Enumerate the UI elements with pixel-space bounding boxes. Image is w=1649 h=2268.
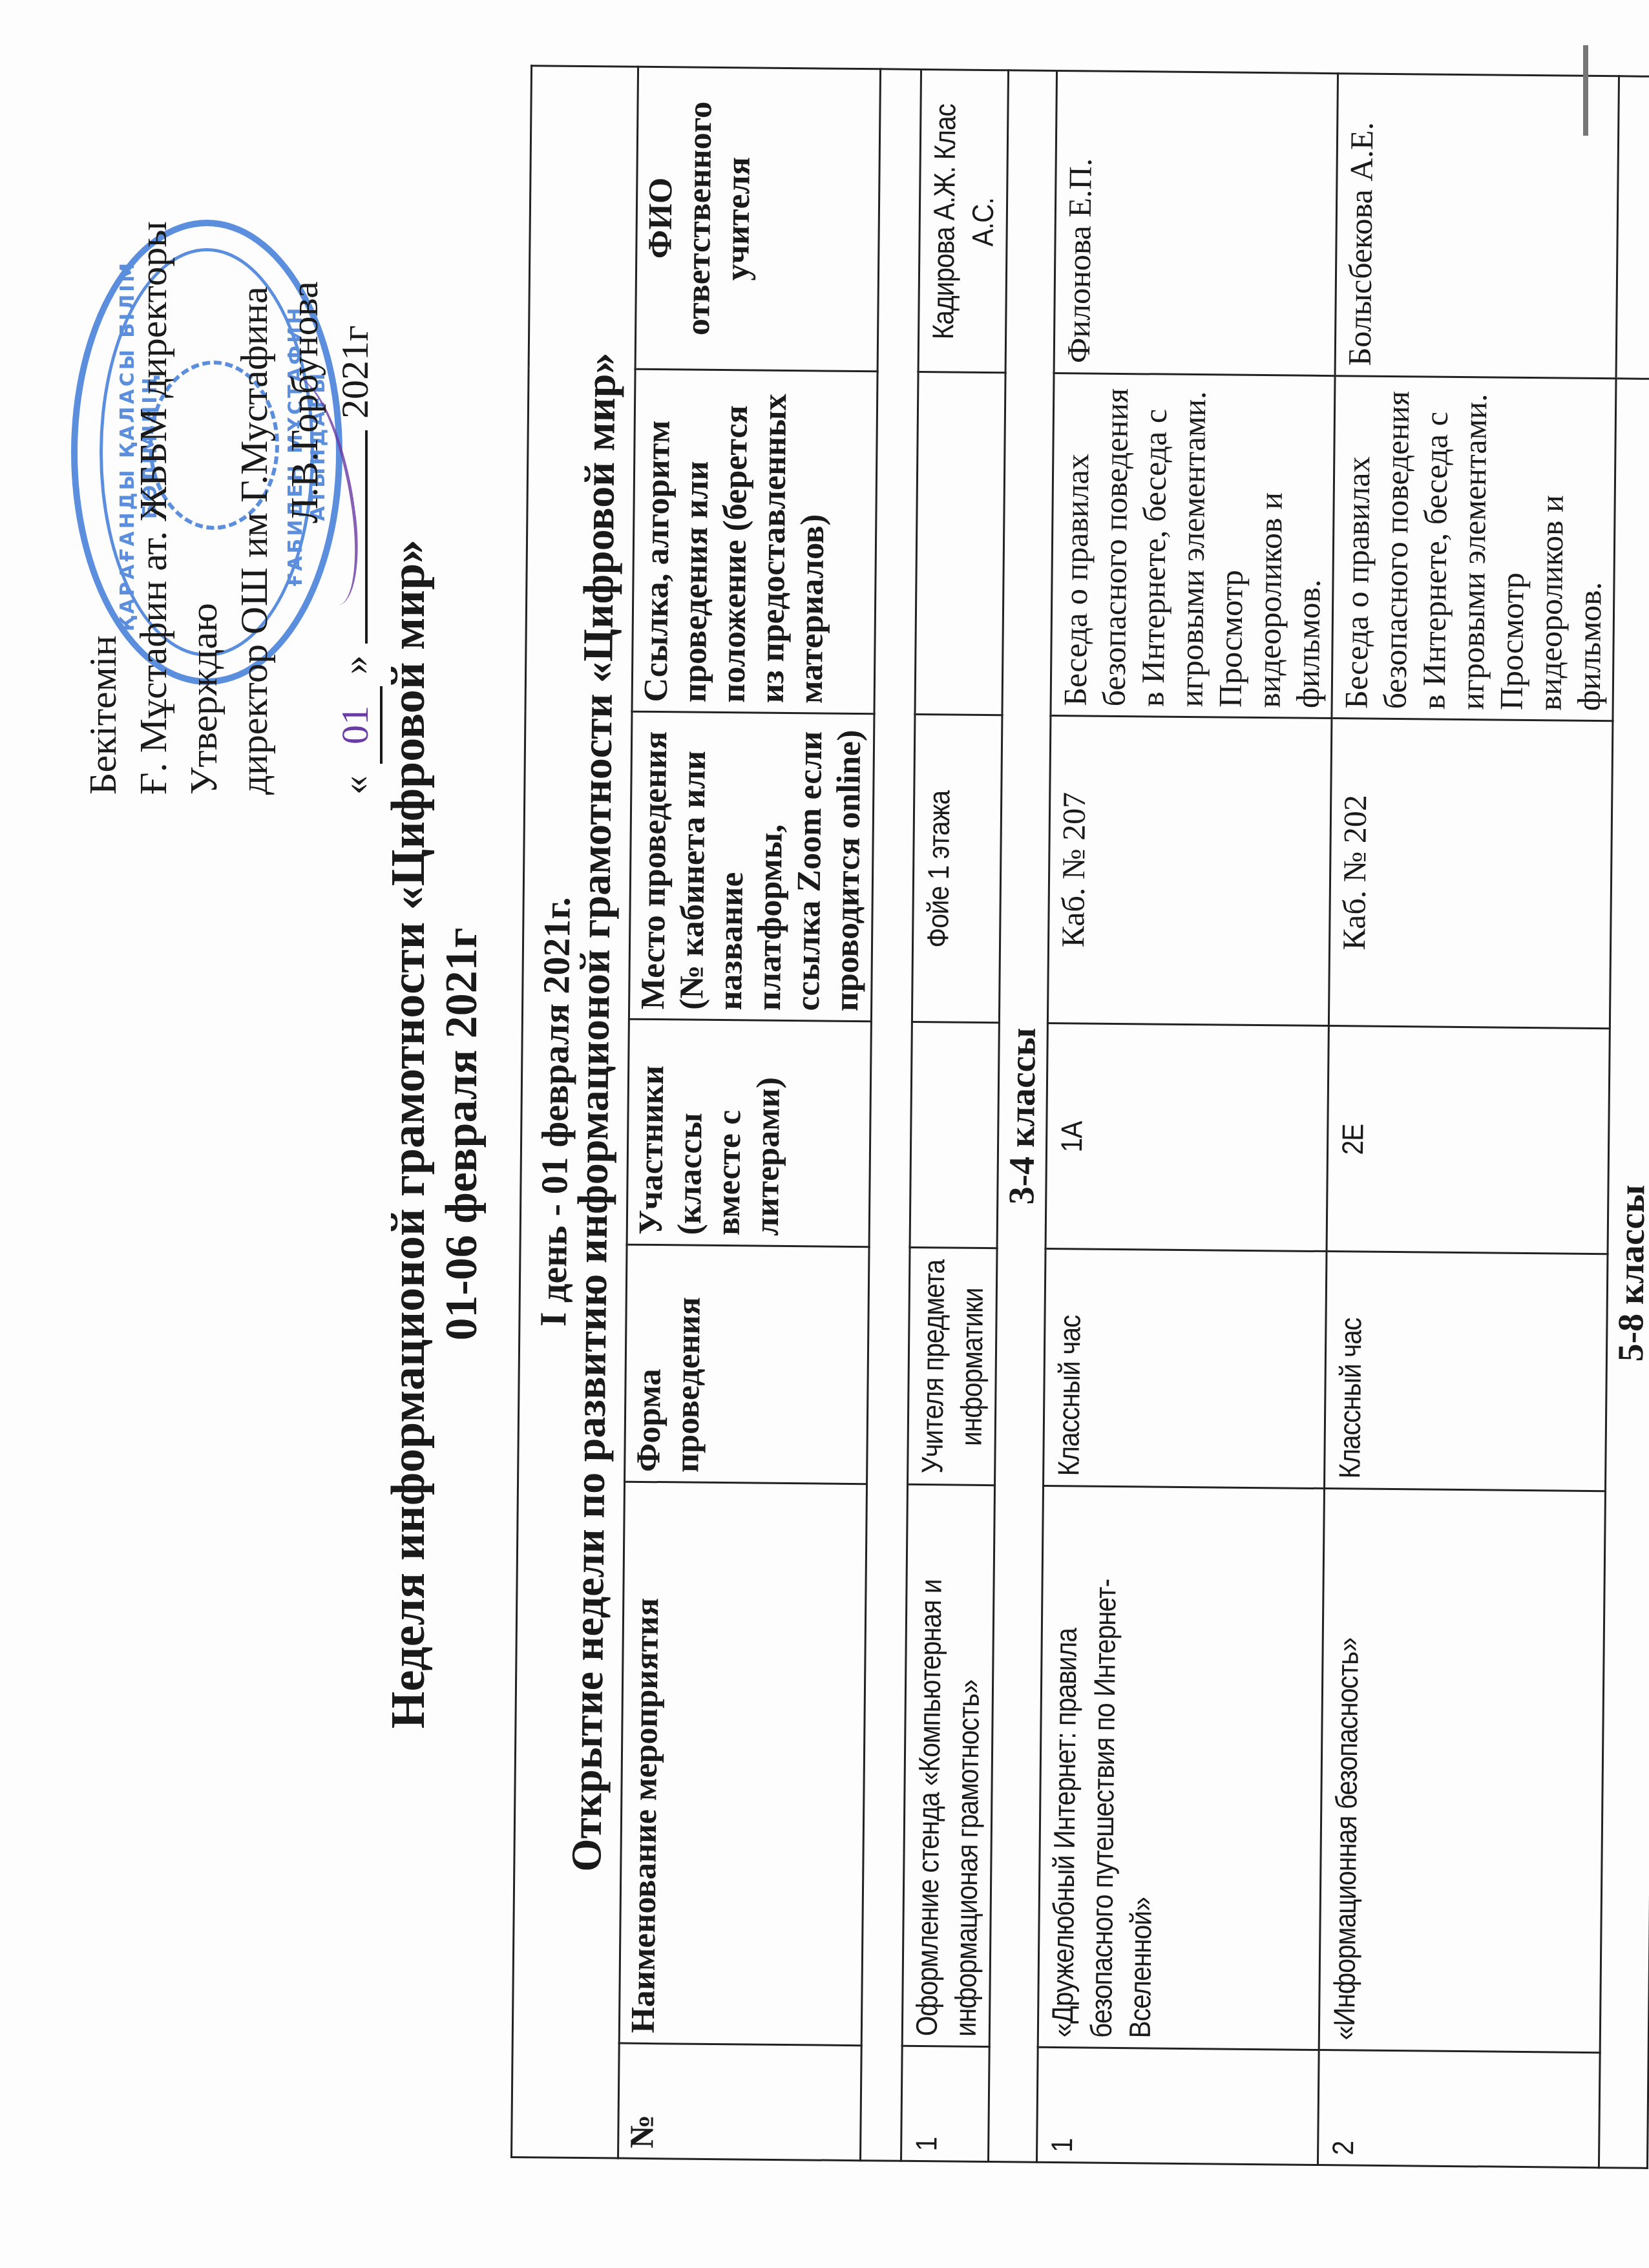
date-open-quote: « [330, 775, 380, 795]
header-place: Место проведения (№ кабинета или названи… [629, 712, 874, 1022]
document-title: Неделя информационой грамотности «Цифров… [381, 0, 436, 2268]
date-month-blank [365, 430, 368, 644]
header-fio: ФИО ответственного учителя [635, 67, 880, 371]
approval-date: « 01 » 2021г [330, 52, 383, 795]
row-name: «Дружелюбный Интернет: правила безопасно… [1043, 1499, 1164, 2038]
document-dates: 01-06 февраля 2021г [436, 0, 488, 2268]
row-place: Каб. № 207 [1047, 716, 1332, 1026]
row-link: Беседа о правилах безопасного поведения … [1051, 373, 1335, 719]
row-participants: 1А [1051, 1034, 1092, 1239]
row-form: Классный час [1330, 1263, 1371, 1479]
table-row: 1 «Дружелюбный Интернет: правила безопас… [1036, 70, 1338, 2165]
date-close-quote: » [330, 655, 380, 675]
row-link: Беседа о правилах безопасного поведения … [1332, 375, 1616, 721]
header-link: Ссылка, алгоритм проведения или положени… [632, 369, 877, 714]
schedule-table: I день - 01 февраля 2021г. Открытие неде… [510, 65, 1649, 2169]
row-participants: 2Е [1332, 1037, 1373, 1241]
row-num: 2 [1323, 2060, 1363, 2155]
row-name: Оформление стенда «Компьютерная и информ… [907, 1498, 990, 2037]
date-day: 01 [330, 686, 383, 764]
row-fio: Кадирова А.Ж. Клас А.С. [923, 81, 1003, 362]
table-banner-row: I день - 01 февраля 2021г. Открытие неде… [512, 66, 638, 2158]
approval-kz-label: Бекітемін [78, 52, 128, 795]
row-fio: Болысбекова А.Е. [1335, 74, 1619, 379]
approval-signer: Л.В.Горбунова [279, 52, 330, 795]
row-num: 1 [1042, 2057, 1082, 2152]
scanned-page: ҚАРАҒАНДЫ ҚАЛАСЫ БІЛІМ БӨЛІМІНІҢ ҒАБИДЕН… [0, 0, 1649, 2268]
header-participants: Участники (классы вместе с литерами) [627, 1019, 871, 1246]
row-link [915, 372, 1005, 715]
approval-kz-position: Ғ. Мұстафин ат. ЖББМ директоры [128, 52, 178, 795]
scan-artifact [1583, 45, 1588, 136]
row-fio: Филонова Е.П. [1054, 70, 1338, 375]
table-header-row: № Наименование мероприятия Форма проведе… [618, 67, 881, 2160]
row-form: Классный час [1049, 1260, 1089, 1476]
row-participants [910, 1022, 999, 1248]
header-form: Форма проведения [625, 1244, 870, 1484]
row-place: Фойе 1 этажа [918, 726, 959, 1013]
table-row: 2 «Информационная безопасность» Классный… [1318, 74, 1619, 2168]
header-name: Наименование мероприятия [619, 1482, 867, 2045]
row-form: Учителя предмета информатики [912, 1259, 992, 1476]
row-place: Каб. № 202 [1329, 719, 1613, 1029]
date-year: 2021г [330, 325, 380, 419]
row-num: 1 [907, 2056, 946, 2151]
approval-ru-position: директор ОШ им Г.Мустафина [229, 52, 279, 795]
approval-ru-label: Утверждаю [178, 52, 229, 795]
row-name: «Информационная безопасность» [1325, 1502, 1369, 2040]
approval-block: Бекітемін Ғ. Мұстафин ат. ЖББМ директоры… [78, 52, 383, 795]
header-num: № [618, 2043, 862, 2161]
